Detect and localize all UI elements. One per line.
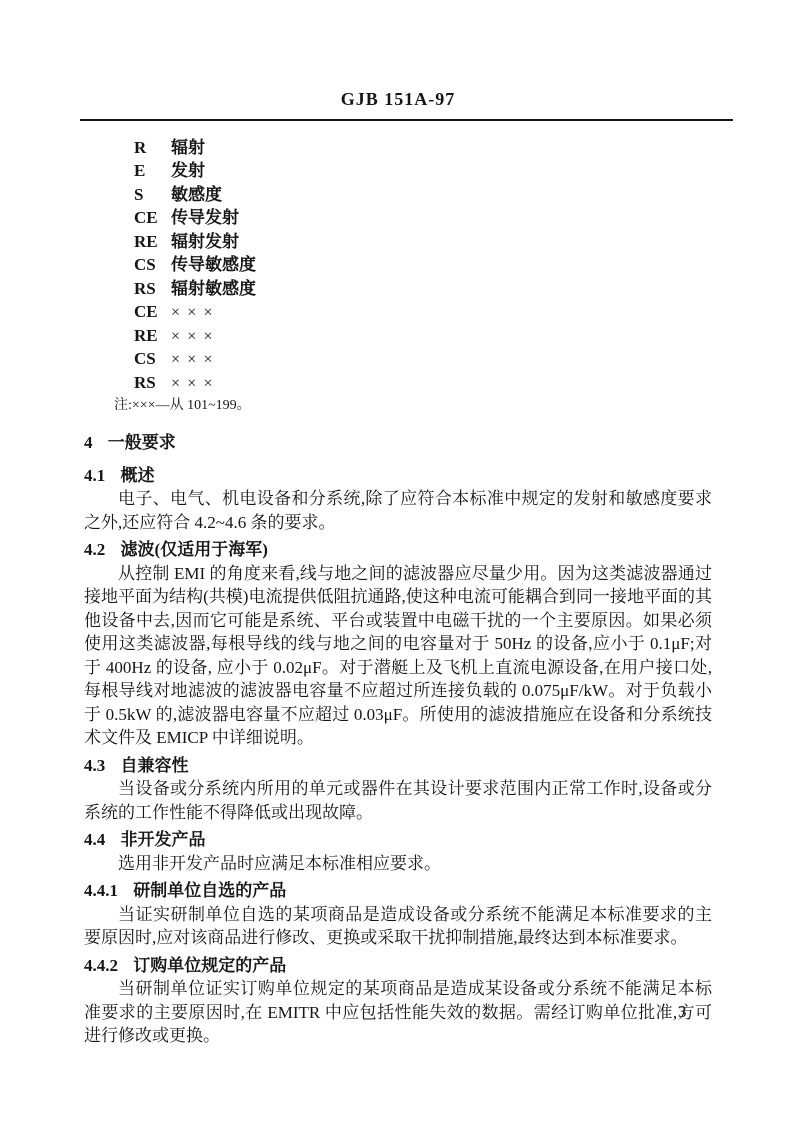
abbreviation-row: RE辐射发射	[134, 230, 712, 254]
section-number: 4.2	[84, 540, 105, 559]
section-title: 订购单位规定的产品	[133, 956, 286, 975]
abbreviation-row: CE传导发射	[134, 206, 712, 230]
section-number: 4.3	[84, 756, 105, 775]
section-paragraph: 当证实研制单位自选的某项商品是造成设备或分系统不能满足本标准要求的主要原因时,应…	[84, 903, 712, 950]
abbreviation-code: CE	[134, 206, 171, 230]
abbreviation-term: 发射	[171, 159, 205, 183]
section-title: 非开发产品	[121, 830, 206, 849]
abbreviation-code: E	[134, 159, 171, 183]
abbreviation-term: 传导敏感度	[171, 253, 256, 277]
abbreviation-term: 辐射	[171, 136, 205, 160]
abbreviation-code: RS	[134, 277, 171, 301]
document-number: GJB 151A-97	[84, 0, 712, 112]
section-title: 自兼容性	[121, 756, 189, 775]
section-number: 4.1	[84, 466, 105, 485]
abbreviation-code: CS	[134, 347, 171, 371]
abbreviation-row: R辐射	[134, 136, 712, 160]
abbreviation-code: CS	[134, 253, 171, 277]
abbreviation-note: 注:×××—从 101~199。	[114, 396, 712, 416]
section-paragraph: 电子、电气、机电设备和分系统,除了应符合本标准中规定的发射和敏感度要求之外,还应…	[84, 487, 712, 534]
section-4-4-1: 4.4.1研制单位自选的产品 当证实研制单位自选的某项商品是造成设备或分系统不能…	[84, 879, 712, 950]
abbreviation-row: RS×××	[134, 371, 712, 395]
abbreviation-code: RS	[134, 371, 171, 395]
section-4-1: 4.1概述 电子、电气、机电设备和分系统,除了应符合本标准中规定的发射和敏感度要…	[84, 464, 712, 535]
section-4-4: 4.4非开发产品 选用非开发产品时应满足本标准相应要求。	[84, 828, 712, 875]
abbreviation-row: RS辐射敏感度	[134, 277, 712, 301]
abbreviation-row: CS传导敏感度	[134, 253, 712, 277]
header-rule	[80, 119, 733, 121]
page-number: 3	[678, 1000, 687, 1024]
section-heading: 4.4非开发产品	[84, 828, 712, 852]
section-number: 4.4.2	[84, 956, 118, 975]
section-number: 4.4.1	[84, 881, 118, 900]
section-paragraph: 选用非开发产品时应满足本标准相应要求。	[84, 852, 712, 876]
section-heading: 4一般要求	[84, 431, 712, 455]
section-paragraph: 从控制 EMI 的角度来看,线与地之间的滤波器应尽量少用。因为这类滤波器通过接地…	[84, 562, 712, 750]
section-title: 研制单位自选的产品	[133, 881, 286, 900]
abbreviation-row: S敏感度	[134, 183, 712, 207]
abbreviation-term: ×××	[171, 372, 220, 396]
section-4: 4一般要求	[84, 431, 712, 455]
abbreviation-code: CE	[134, 300, 171, 324]
section-heading: 4.4.2订购单位规定的产品	[84, 954, 712, 978]
abbreviation-term: 辐射发射	[171, 230, 239, 254]
abbreviation-term: ×××	[171, 301, 220, 325]
section-4-4-2: 4.4.2订购单位规定的产品 当研制单位证实订购单位规定的某项商品是造成某设备或…	[84, 954, 712, 1048]
section-title: 概述	[121, 466, 155, 485]
abbreviation-term: 敏感度	[171, 183, 222, 207]
section-title: 一般要求	[108, 433, 176, 452]
abbreviation-row: CE×××	[134, 300, 712, 324]
abbreviation-term: ×××	[171, 325, 220, 349]
abbreviation-list: R辐射 E发射 S敏感度 CE传导发射 RE辐射发射 CS传导敏感度 RS辐射敏…	[84, 136, 712, 417]
abbreviation-term: ×××	[171, 348, 220, 372]
section-heading: 4.2滤波(仅适用于海军)	[84, 538, 712, 562]
section-4-2: 4.2滤波(仅适用于海军) 从控制 EMI 的角度来看,线与地之间的滤波器应尽量…	[84, 538, 712, 750]
section-heading: 4.3自兼容性	[84, 754, 712, 778]
section-number: 4	[84, 433, 93, 452]
section-paragraph: 当研制单位证实订购单位规定的某项商品是造成某设备或分系统不能满足本标准要求的主要…	[84, 977, 712, 1048]
abbreviation-row: E发射	[134, 159, 712, 183]
abbreviation-code: R	[134, 136, 171, 160]
section-paragraph: 当设备或分系统内所用的单元或器件在其设计要求范围内正常工作时,设备或分系统的工作…	[84, 777, 712, 824]
abbreviation-code: RE	[134, 230, 171, 254]
abbreviation-term: 传导发射	[171, 206, 239, 230]
section-title: 滤波(仅适用于海军)	[121, 540, 268, 559]
section-number: 4.4	[84, 830, 105, 849]
section-heading: 4.1概述	[84, 464, 712, 488]
section-heading: 4.4.1研制单位自选的产品	[84, 879, 712, 903]
abbreviation-row: CS×××	[134, 347, 712, 371]
section-4-3: 4.3自兼容性 当设备或分系统内所用的单元或器件在其设计要求范围内正常工作时,设…	[84, 754, 712, 825]
document-page: GJB 151A-97 R辐射 E发射 S敏感度 CE传导发射 RE辐射发射 C…	[0, 0, 793, 1122]
abbreviation-code: S	[134, 183, 171, 207]
abbreviation-code: RE	[134, 324, 171, 348]
abbreviation-row: RE×××	[134, 324, 712, 348]
abbreviation-term: 辐射敏感度	[171, 277, 256, 301]
